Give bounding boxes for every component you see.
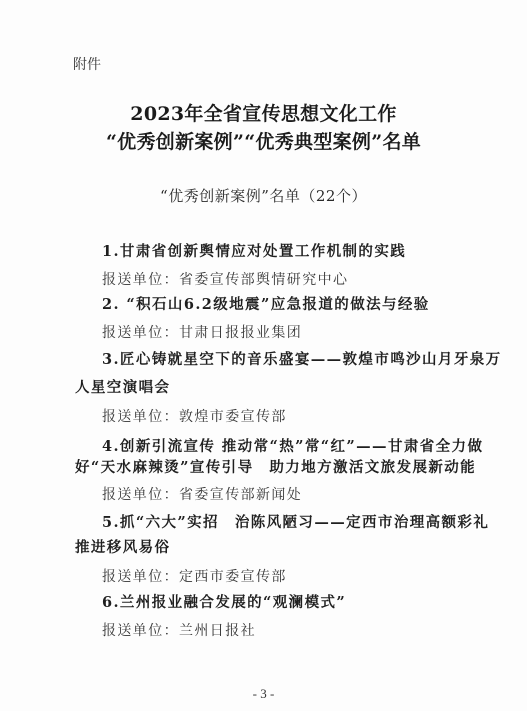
case-item-6-title: 6.兰州报业融合发展的“观澜模式” [102,594,346,612]
attachment-label: 附件 [73,54,101,74]
case-item-3-title-line2: 人星空演唱会 [75,379,170,397]
case-item-2-unit: 报送单位：甘肃日报报业集团 [102,324,302,342]
case-item-4-title-line2: 好“天水麻辣烫”宣传引导 助力地方激活文旅发展新动能 [75,459,476,477]
case-item-5-title-line1: 5.抓“六大”实招 治陈风陋习——定西市治理高额彩礼 [102,514,489,532]
case-item-4-unit: 报送单位：省委宣传部新闻处 [102,486,302,504]
case-item-3-title-line1: 3.匠心铸就星空下的音乐盛宴——敦煌市鸣沙山月牙泉万 [102,351,502,369]
page-number: - 3 - [0,686,527,702]
case-item-1-title: 1.甘肃省创新舆情应对处置工作机制的实践 [102,243,406,261]
case-item-4-title-line1: 4.创新引流宣传 推动常“热”常“红”——甘肃省全力做 [102,438,483,456]
case-item-6-unit: 报送单位：兰州日报社 [102,622,256,640]
document-title-line2: “优秀创新案例”“优秀典型案例”名单 [0,131,527,153]
document-page: 附件 2023年全省宣传思想文化工作 “优秀创新案例”“优秀典型案例”名单 “优… [0,0,527,711]
document-title-line1: 2023年全省宣传思想文化工作 [0,103,527,125]
section-heading: “优秀创新案例”名单（22个） [0,185,527,206]
case-item-1-unit: 报送单位：省委宣传部舆情研究中心 [102,271,348,289]
case-item-3-unit: 报送单位：敦煌市委宣传部 [102,408,287,426]
case-item-5-title-line2: 推进移风易俗 [75,539,170,557]
case-item-5-unit: 报送单位：定西市委宣传部 [102,568,287,586]
case-item-2-title: 2. “积石山6.2级地震”应急报道的做法与经验 [102,296,430,314]
